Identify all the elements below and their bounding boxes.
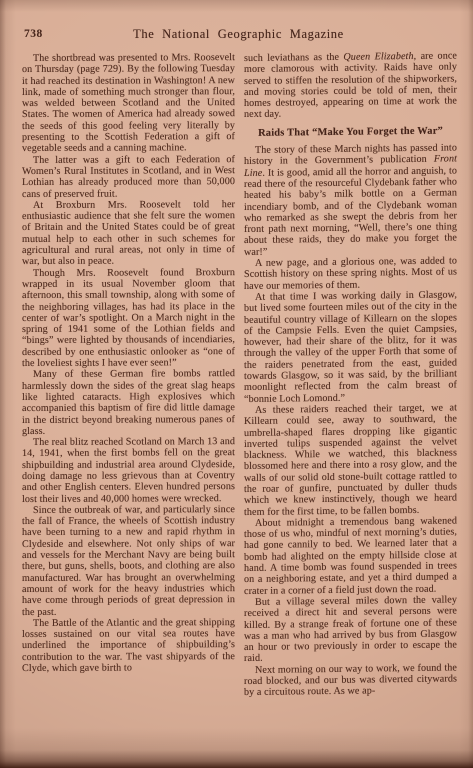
paragraph: The Battle of the Atlantic and the great… bbox=[22, 617, 235, 674]
text-run: The story of these March nights has pass… bbox=[244, 142, 457, 167]
text-run: . It is good, amid all the horror and an… bbox=[244, 165, 457, 258]
paragraph: Since the outbreak of war, and particula… bbox=[22, 504, 235, 618]
paragraph: Though Mrs. Roosevelt found Broxburn wra… bbox=[22, 267, 235, 370]
paragraph: At that time I was working daily in Glas… bbox=[244, 289, 457, 405]
page-header: 738 The National Geographic Magazine bbox=[24, 27, 453, 43]
paragraph: Next morning on our way to work, we foun… bbox=[244, 662, 457, 698]
paragraph: A new page, and a glorious one, was adde… bbox=[244, 255, 457, 291]
magazine-title: The National Geographic Magazine bbox=[24, 27, 453, 42]
paragraph: At Broxburn Mrs. Roosevelt told her enth… bbox=[22, 199, 235, 268]
paragraph-continuation: such leviathans as the Queen Elizabeth, … bbox=[244, 50, 457, 120]
paragraph: About midnight a tremendous bang wakened… bbox=[244, 515, 457, 597]
paragraph: The story of these March nights has pass… bbox=[244, 142, 457, 258]
text-run: such leviathans as the bbox=[244, 52, 343, 64]
magazine-page-scan: 738 The National Geographic Magazine The… bbox=[0, 0, 473, 768]
paragraph: But a village several miles down the val… bbox=[244, 594, 457, 664]
paragraph: Many of these German fire bombs rattled … bbox=[22, 368, 235, 437]
paragraph: As these raiders reached their target, w… bbox=[244, 402, 457, 518]
left-column: The shortbread was presented to Mrs. Roo… bbox=[22, 52, 235, 768]
right-column: such leviathans as the Queen Elizabeth, … bbox=[244, 50, 457, 768]
section-heading: Raids That “Make You Forget the War” bbox=[244, 125, 457, 139]
paragraph: The real blitz reached Scotland on March… bbox=[22, 436, 235, 505]
paragraph: The latter was a gift to each Federation… bbox=[22, 154, 235, 200]
paragraph: The shortbread was presented to Mrs. Roo… bbox=[22, 52, 235, 155]
italic-ship-name: Queen Elizabeth bbox=[343, 51, 413, 63]
article-body: The shortbread was presented to Mrs. Roo… bbox=[22, 53, 457, 768]
